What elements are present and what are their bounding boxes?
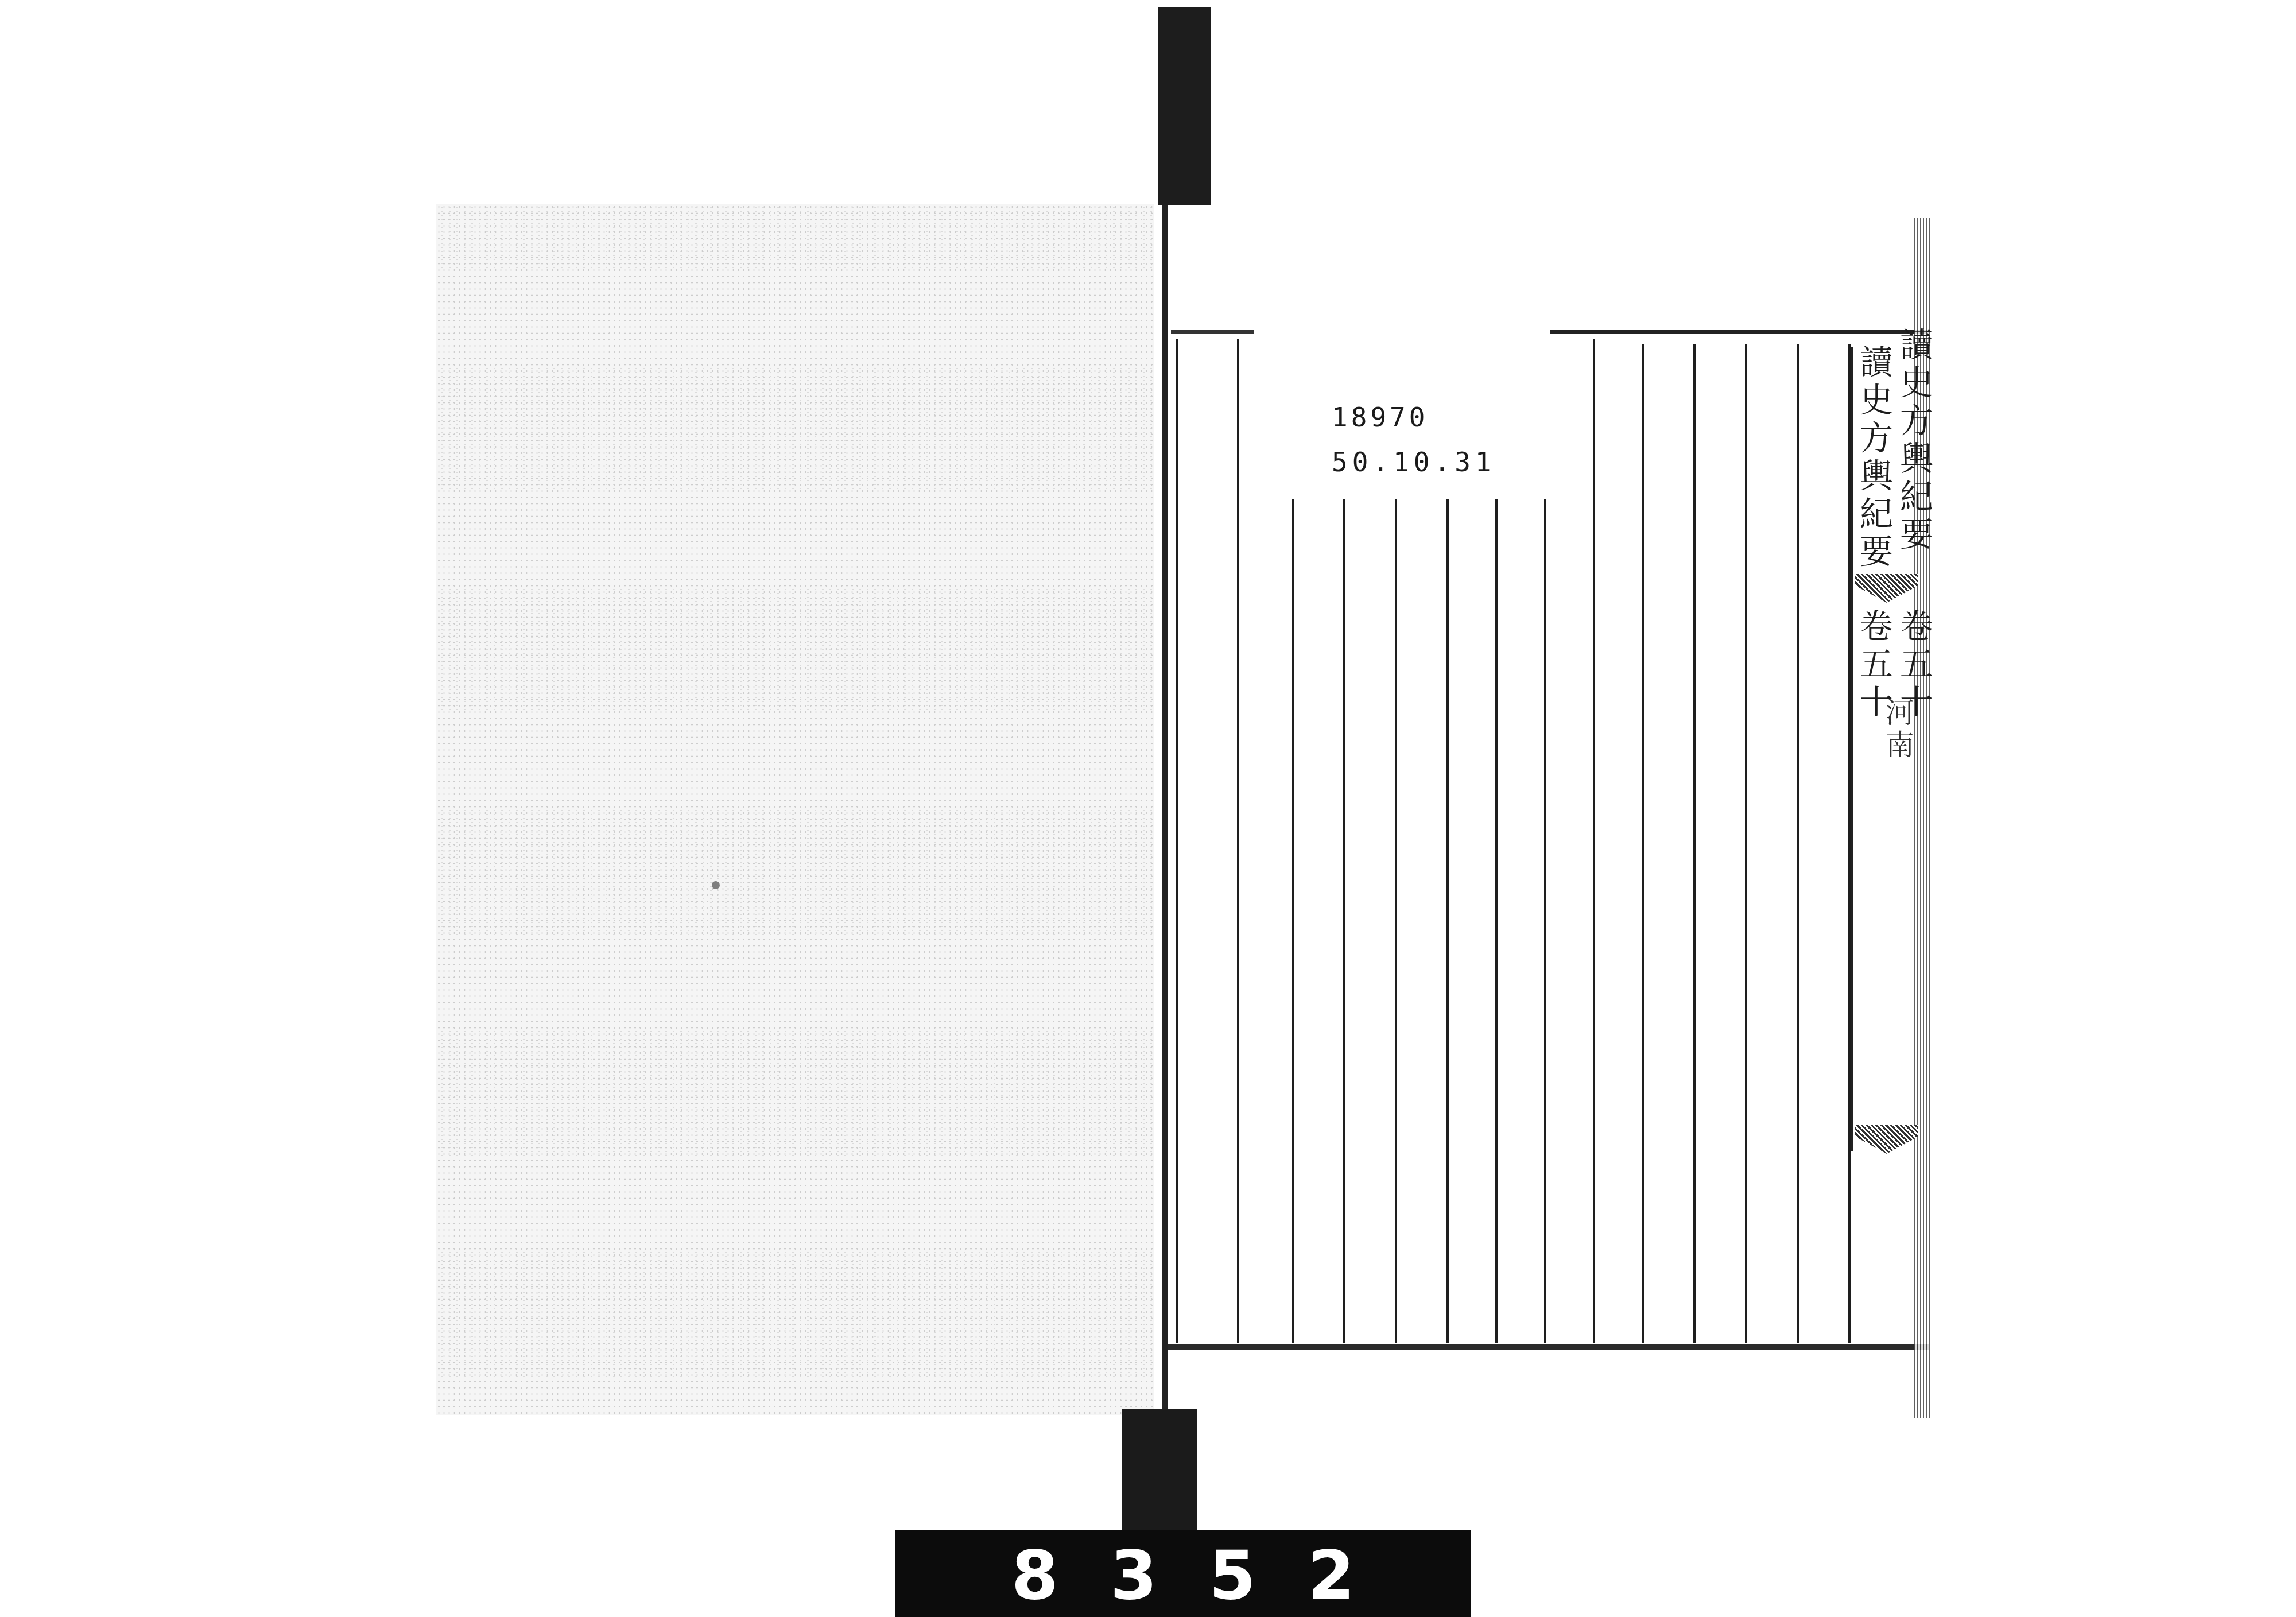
bottom-clamp-bar bbox=[1122, 1409, 1197, 1541]
spine-title-front: 讀史方輿紀要 bbox=[1857, 344, 1890, 572]
accession-number: 18970 bbox=[1332, 402, 1496, 433]
stamp-date: 50.10.31 bbox=[1332, 447, 1496, 478]
column-rule bbox=[1593, 339, 1595, 1343]
column-rule bbox=[1291, 499, 1294, 1343]
column-rule bbox=[1745, 344, 1747, 1343]
ink-smudge bbox=[712, 881, 720, 889]
title-label-border bbox=[1851, 347, 1853, 1151]
column-rule bbox=[1395, 499, 1397, 1343]
ruled-right-page bbox=[1165, 212, 1934, 1424]
frame-bottom-border bbox=[1165, 1344, 1929, 1350]
gutter-clamp-stem bbox=[1162, 205, 1168, 1410]
spine-subtitle: 河南 bbox=[1877, 697, 1918, 762]
column-rule bbox=[1642, 344, 1644, 1343]
column-rule bbox=[1848, 344, 1851, 1343]
column-rule bbox=[1446, 499, 1449, 1343]
library-stamp: 18970 50.10.31 bbox=[1332, 402, 1496, 478]
column-rule bbox=[1693, 344, 1696, 1343]
column-rule bbox=[1797, 344, 1799, 1343]
frame-top-border-left bbox=[1171, 330, 1254, 334]
column-rule bbox=[1343, 499, 1345, 1343]
column-rule bbox=[1495, 499, 1498, 1343]
plate-number: 8 3 5 2 bbox=[895, 1535, 1471, 1616]
top-clamp-bar bbox=[1158, 7, 1211, 205]
column-rule bbox=[1237, 339, 1239, 1343]
spine-title-back: 讀史方輿紀要 bbox=[1897, 327, 1930, 554]
frame-top-border-right bbox=[1550, 330, 1929, 334]
column-rule bbox=[1176, 339, 1178, 1343]
blank-left-page bbox=[436, 204, 1154, 1415]
column-rule bbox=[1544, 499, 1546, 1343]
